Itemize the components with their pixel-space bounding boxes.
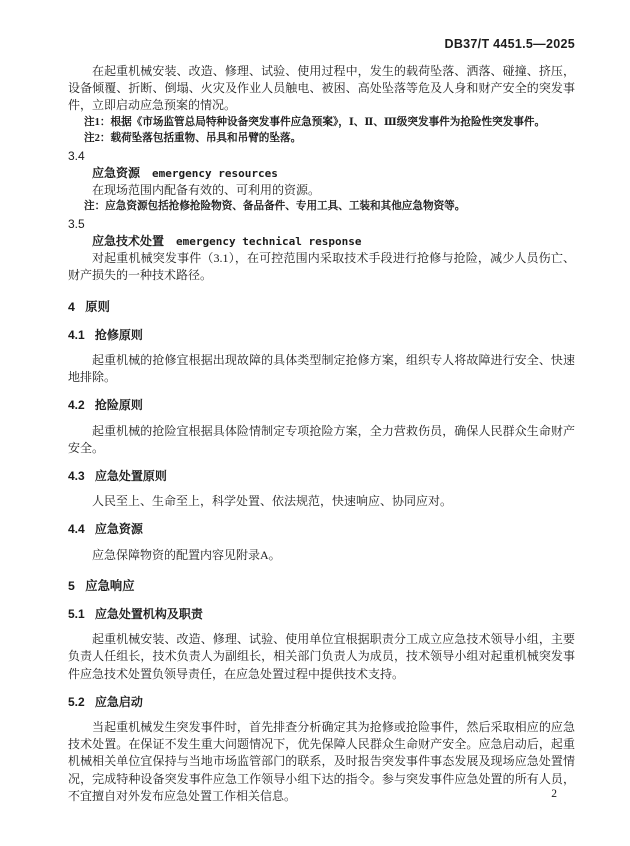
- subclause-title: 应急启动: [95, 695, 143, 709]
- clause-title: 应急响应: [85, 579, 134, 593]
- subclause-number: 4.3: [68, 469, 85, 483]
- subclause-paragraph-4-1: 起重机械的抢修宜根据出现故障的具体类型制定抢修方案，组织专人将故障进行安全、快速…: [68, 352, 575, 386]
- subclause-paragraph-4-3: 人民至上、生命至上，科学处置、依法规范，快速响应、协同应对。: [68, 493, 575, 510]
- subclause-heading-5-1: 5.1应急处置机构及职责: [68, 606, 575, 623]
- subclause-title: 应急处置机构及职责: [95, 607, 203, 621]
- subclause-title: 应急处置原则: [95, 469, 167, 483]
- clause-heading-5: 5应急响应: [68, 578, 575, 595]
- subclause-title: 抢险原则: [95, 398, 143, 412]
- term-block-3-4: 3.4 应急资源emergency resources 在现场范围内配备有效的、…: [68, 148, 575, 216]
- clause-heading-4: 4原则: [68, 299, 575, 316]
- term-number: 3.5: [68, 216, 575, 233]
- clause-number: 5: [68, 579, 75, 593]
- subclause-heading-5-2: 5.2应急启动: [68, 694, 575, 711]
- subclause-number: 4.2: [68, 398, 85, 412]
- term-title-en: emergency resources: [152, 167, 278, 180]
- page-header: DB37/T 4451.5—2025: [68, 36, 575, 52]
- subclause-heading-4-4: 4.4应急资源: [68, 521, 575, 538]
- subclause-number: 4.4: [68, 522, 85, 536]
- term-definition: 对起重机械突发事件（3.1），在可控范围内采取技术手段进行抢修与抢险，减少人员伤…: [68, 250, 575, 284]
- page-number: 2: [551, 788, 557, 800]
- intro-paragraph: 在起重机械安装、改造、修理、试验、使用过程中，发生的载荷坠落、洒落、碰撞、挤压，…: [68, 63, 575, 115]
- subclause-title: 抢修原则: [95, 328, 143, 342]
- clause-title: 原则: [85, 300, 110, 314]
- subclause-paragraph-4-2: 起重机械的抢险宜根据具体险情制定专项抢险方案，全力营救伤员，确保人民群众生命财产…: [68, 423, 575, 457]
- term-definition: 在现场范围内配备有效的、可利用的资源。: [68, 182, 575, 199]
- term-title-en: emergency technical response: [176, 235, 361, 248]
- term-title-cn: 应急资源: [92, 166, 140, 180]
- subclause-heading-4-1: 4.1抢修原则: [68, 327, 575, 344]
- intro-note-2: 注2：载荷坠落包括重物、吊具和吊臂的坠落。: [84, 131, 575, 148]
- page-footer: 2: [68, 786, 575, 803]
- term-title: 应急资源emergency resources: [92, 165, 575, 182]
- subclause-number: 4.1: [68, 328, 85, 342]
- term-number: 3.4: [68, 148, 575, 165]
- term-note: 注：应急资源包括抢修抢险物资、备品备件、专用工具、工装和其他应急物资等。: [84, 199, 575, 216]
- term-title-cn: 应急技术处置: [92, 234, 164, 248]
- term-block-3-5: 3.5 应急技术处置emergency technical response 对…: [68, 216, 575, 285]
- subclause-number: 5.2: [68, 695, 85, 709]
- subclause-heading-4-3: 4.3应急处置原则: [68, 468, 575, 485]
- subclause-paragraph-5-1: 起重机械安装、改造、修理、试验、使用单位宜根据职责分工成立应急技术领导小组，主要…: [68, 631, 575, 683]
- term-title: 应急技术处置emergency technical response: [92, 233, 575, 250]
- subclause-paragraph-4-4: 应急保障物资的配置内容见附录A。: [68, 547, 575, 564]
- standard-code: DB37/T 4451.5—2025: [445, 37, 575, 51]
- page-content: DB37/T 4451.5—2025 在起重机械安装、改造、修理、试验、使用过程…: [68, 36, 575, 805]
- intro-note-1: 注1：根据《市场监管总局特种设备突发事件应急预案》，Ⅰ、Ⅱ、Ⅲ级突发事件为抢险性…: [84, 115, 575, 132]
- document-page: DB37/T 4451.5—2025 在起重机械安装、改造、修理、试验、使用过程…: [0, 0, 630, 846]
- subclause-number: 5.1: [68, 607, 85, 621]
- subclause-title: 应急资源: [95, 522, 143, 536]
- subclause-heading-4-2: 4.2抢险原则: [68, 397, 575, 414]
- clause-number: 4: [68, 300, 75, 314]
